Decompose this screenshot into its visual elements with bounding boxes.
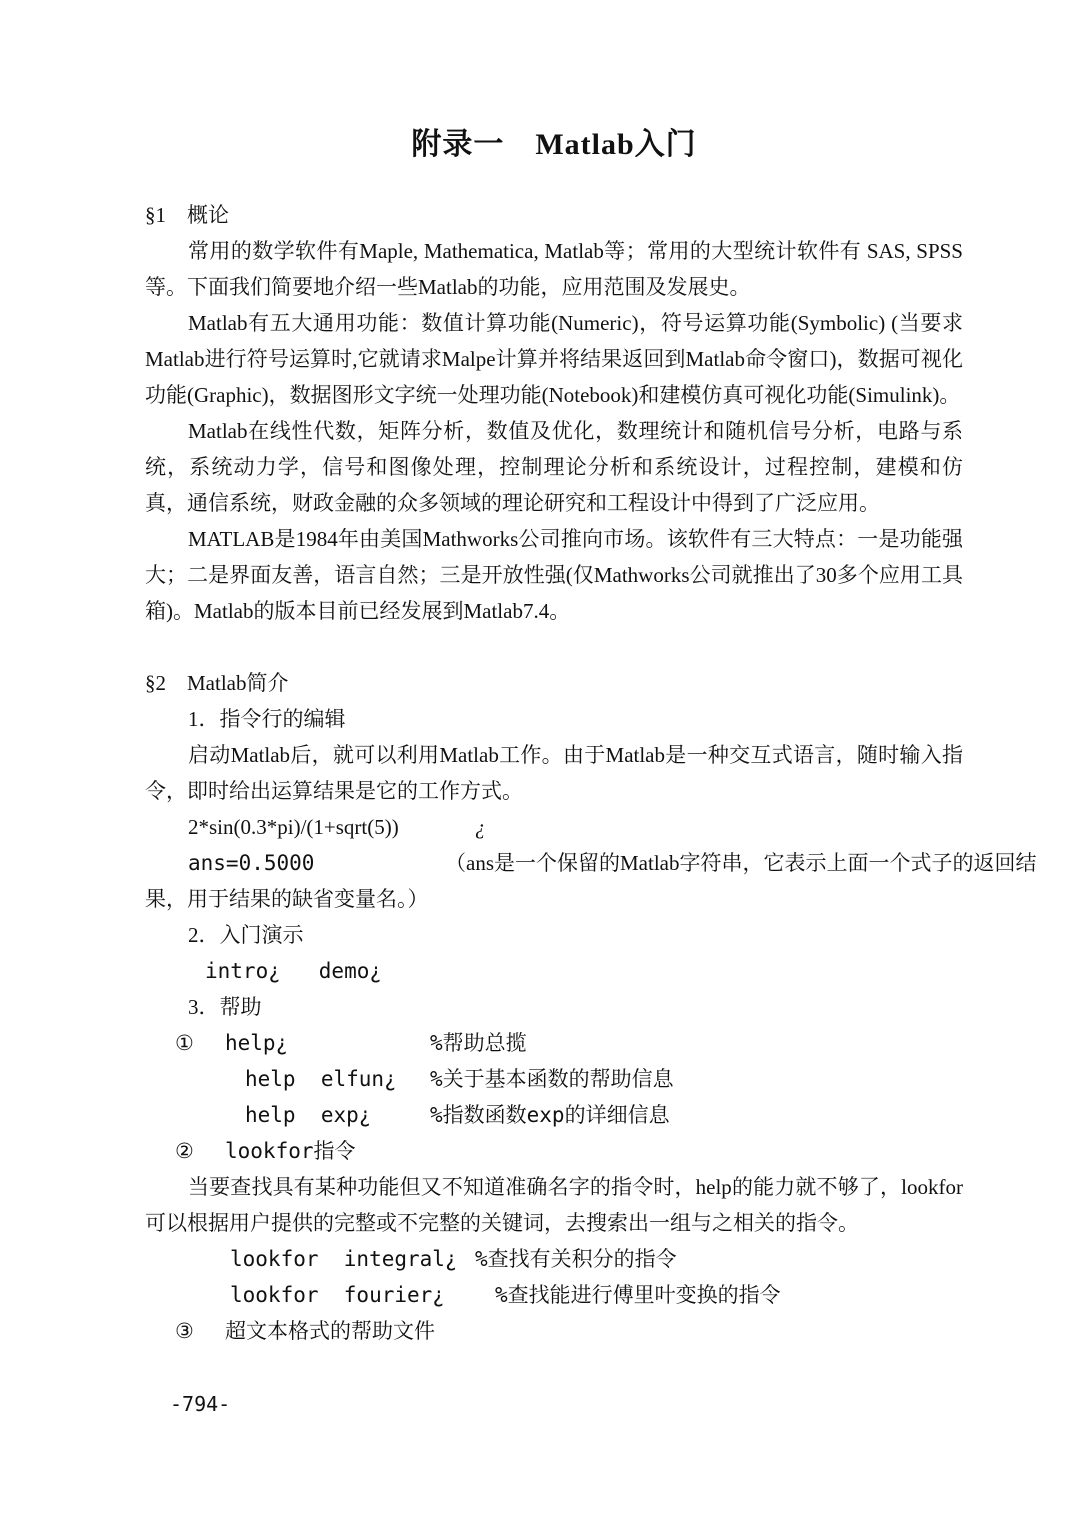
paragraph: Matlab在线性代数，矩阵分析，数值及优化，数理统计和随机信号分析，电路与系统… xyxy=(145,413,963,521)
page-title: 附录一 Matlab入门 xyxy=(145,122,963,167)
code-text: lookfor integral¿ xyxy=(230,1241,458,1277)
lookfor-heading: lookfor指令 xyxy=(225,1133,356,1169)
page-number: -794- xyxy=(170,1392,230,1416)
answer-note-continued: 果，用于结果的缺省变量名。） xyxy=(145,881,963,917)
code-text: help elfun¿ xyxy=(245,1061,397,1097)
list-item-heading: 3．帮助 xyxy=(145,989,963,1025)
code-comment: %查找有关积分的指令 xyxy=(475,1241,677,1277)
section1-heading: §1 概论 xyxy=(145,197,963,233)
code-text: intro¿ demo¿ xyxy=(205,953,382,989)
code-text: help¿ xyxy=(225,1025,288,1061)
enter-key-symbol: ¿ xyxy=(475,809,486,845)
code-comment: %帮助总揽 xyxy=(430,1025,527,1061)
code-text: lookfor fourier¿ xyxy=(230,1277,445,1313)
code-comment: %关于基本函数的帮助信息 xyxy=(430,1061,674,1097)
expression-line: 2*sin(0.3*pi)/(1+sqrt(5)) ¿ xyxy=(145,809,963,845)
lookfor-command-line: lookfor integral¿ %查找有关积分的指令 xyxy=(145,1241,963,1277)
page-content: 附录一 Matlab入门 §1 概论 常用的数学软件有Maple, Mathem… xyxy=(145,122,963,1349)
list-item-heading: 2．入门演示 xyxy=(145,917,963,953)
circled-bullet: ① xyxy=(175,1025,194,1061)
hypertext-heading-line: ③ 超文本格式的帮助文件 xyxy=(145,1313,963,1349)
help-command-line: ① help¿ %帮助总揽 xyxy=(145,1025,963,1061)
help-command-line: help exp¿ %指数函数exp的详细信息 xyxy=(145,1097,963,1133)
paragraph: Matlab有五大通用功能：数值计算功能(Numeric)，符号运算功能(Sym… xyxy=(145,305,963,413)
code-comment: %指数函数exp的详细信息 xyxy=(430,1097,670,1133)
paragraph: 常用的数学软件有Maple, Mathematica, Matlab等；常用的大… xyxy=(145,233,963,305)
circled-bullet: ② xyxy=(175,1133,194,1169)
paragraph: 当要查找具有某种功能但又不知道准确名字的指令时，help的能力就不够了，look… xyxy=(145,1169,963,1241)
code-comment: %查找能进行傅里叶变换的指令 xyxy=(495,1277,781,1313)
answer-code: ans=0.5000 xyxy=(188,845,314,881)
answer-note: （ans是一个保留的Matlab字符串，它表示上面一个式子的返回结 xyxy=(445,845,1036,881)
paragraph: MATLAB是1984年由美国Mathworks公司推向市场。该软件有三大特点：… xyxy=(145,521,963,629)
document-page: 附录一 Matlab入门 §1 概论 常用的数学软件有Maple, Mathem… xyxy=(0,0,1087,1536)
circled-bullet: ③ xyxy=(175,1313,194,1349)
code-text: help exp¿ xyxy=(245,1097,371,1133)
help-command-line: help elfun¿ %关于基本函数的帮助信息 xyxy=(145,1061,963,1097)
answer-line: ans=0.5000 （ans是一个保留的Matlab字符串，它表示上面一个式子… xyxy=(145,845,963,881)
lookfor-heading-line: ② lookfor指令 xyxy=(145,1133,963,1169)
paragraph: 启动Matlab后，就可以利用Matlab工作。由于Matlab是一种交互式语言… xyxy=(145,737,963,809)
code-line: intro¿ demo¿ xyxy=(145,953,963,989)
list-item-heading: 1．指令行的编辑 xyxy=(145,701,963,737)
expression-code: 2*sin(0.3*pi)/(1+sqrt(5)) xyxy=(188,809,399,845)
hypertext-heading: 超文本格式的帮助文件 xyxy=(225,1313,435,1349)
lookfor-command-line: lookfor fourier¿ %查找能进行傅里叶变换的指令 xyxy=(145,1277,963,1313)
section2-heading: §2 Matlab简介 xyxy=(145,665,963,701)
